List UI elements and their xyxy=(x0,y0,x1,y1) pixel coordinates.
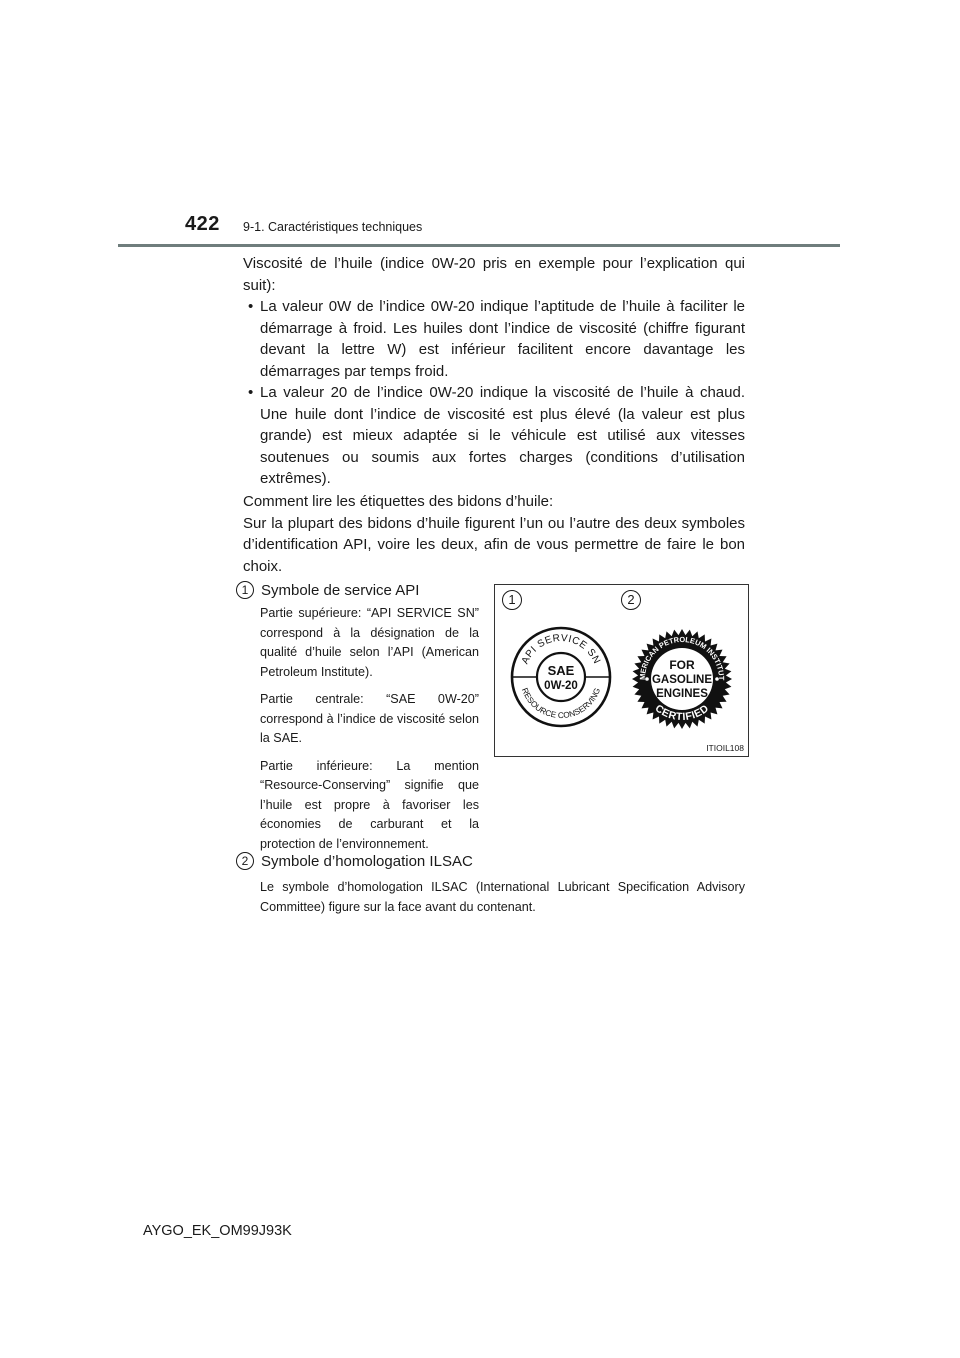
description-paragraph: Partie supérieure: “API SERVICE SN” corr… xyxy=(260,604,479,682)
circled-number-icon: 1 xyxy=(236,581,254,599)
svg-text:ENGINES: ENGINES xyxy=(656,688,708,700)
document-code: AYGO_EK_OM99J93K xyxy=(143,1223,292,1239)
intro-paragraph: Viscosité de l’huile (indice 0W-20 pris … xyxy=(243,253,745,296)
circled-number-icon: 2 xyxy=(236,852,254,870)
figure-code: ITIOIL108 xyxy=(706,743,744,753)
labels-section: Comment lire les étiquettes des bidons d… xyxy=(243,491,745,577)
item-title: Symbole d’homologation ILSAC xyxy=(261,853,473,870)
viscosity-bullet-list: • La valeur 0W de l’indice 0W-20 indique… xyxy=(243,296,745,490)
item-ilsac: 2Symbole d’homologation ILSAC xyxy=(236,852,473,872)
svg-text:SAE: SAE xyxy=(548,663,575,678)
item-api-service: 1Symbole de service API xyxy=(236,581,419,601)
labels-text: Sur la plupart des bidons d’huile figure… xyxy=(243,513,745,578)
svg-text:0W-20: 0W-20 xyxy=(544,680,578,692)
page-number: 422 xyxy=(185,213,220,236)
description-paragraph: Partie inférieure: La mention “Resource-… xyxy=(260,757,479,855)
bullet-text: La valeur 0W de l’indice 0W-20 indique l… xyxy=(260,298,745,380)
section-title: 9-1. Caractéristiques techniques xyxy=(243,220,422,234)
api-service-donut-icon: API SERVICE SN RESOURCE CONSERVING SAE 0… xyxy=(512,628,610,726)
oil-symbols-illustration: API SERVICE SN RESOURCE CONSERVING SAE 0… xyxy=(495,585,748,756)
bullet-icon: • xyxy=(248,382,253,404)
item-api-description: Partie supérieure: “API SERVICE SN” corr… xyxy=(260,604,479,862)
bullet-icon: • xyxy=(248,296,253,318)
bullet-item: • La valeur 20 de l’indice 0W-20 indique… xyxy=(243,382,745,490)
svg-text:FOR: FOR xyxy=(669,658,695,672)
labels-heading: Comment lire les étiquettes des bidons d… xyxy=(243,491,745,513)
header-rule xyxy=(118,244,840,247)
figure-label-1: 1 xyxy=(502,590,522,610)
item-ilsac-description: Le symbole d’homologation ILSAC (Interna… xyxy=(260,878,745,917)
description-paragraph: Partie centrale: “SAE 0W-20” correspond … xyxy=(260,690,479,749)
bullet-item: • La valeur 0W de l’indice 0W-20 indique… xyxy=(243,296,745,382)
item-title: Symbole de service API xyxy=(261,582,419,599)
svg-text:GASOLINE: GASOLINE xyxy=(652,674,712,686)
figure-label-2: 2 xyxy=(621,590,641,610)
oil-symbols-figure: API SERVICE SN RESOURCE CONSERVING SAE 0… xyxy=(494,584,749,757)
bullet-text: La valeur 20 de l’indice 0W-20 indique l… xyxy=(260,384,745,487)
